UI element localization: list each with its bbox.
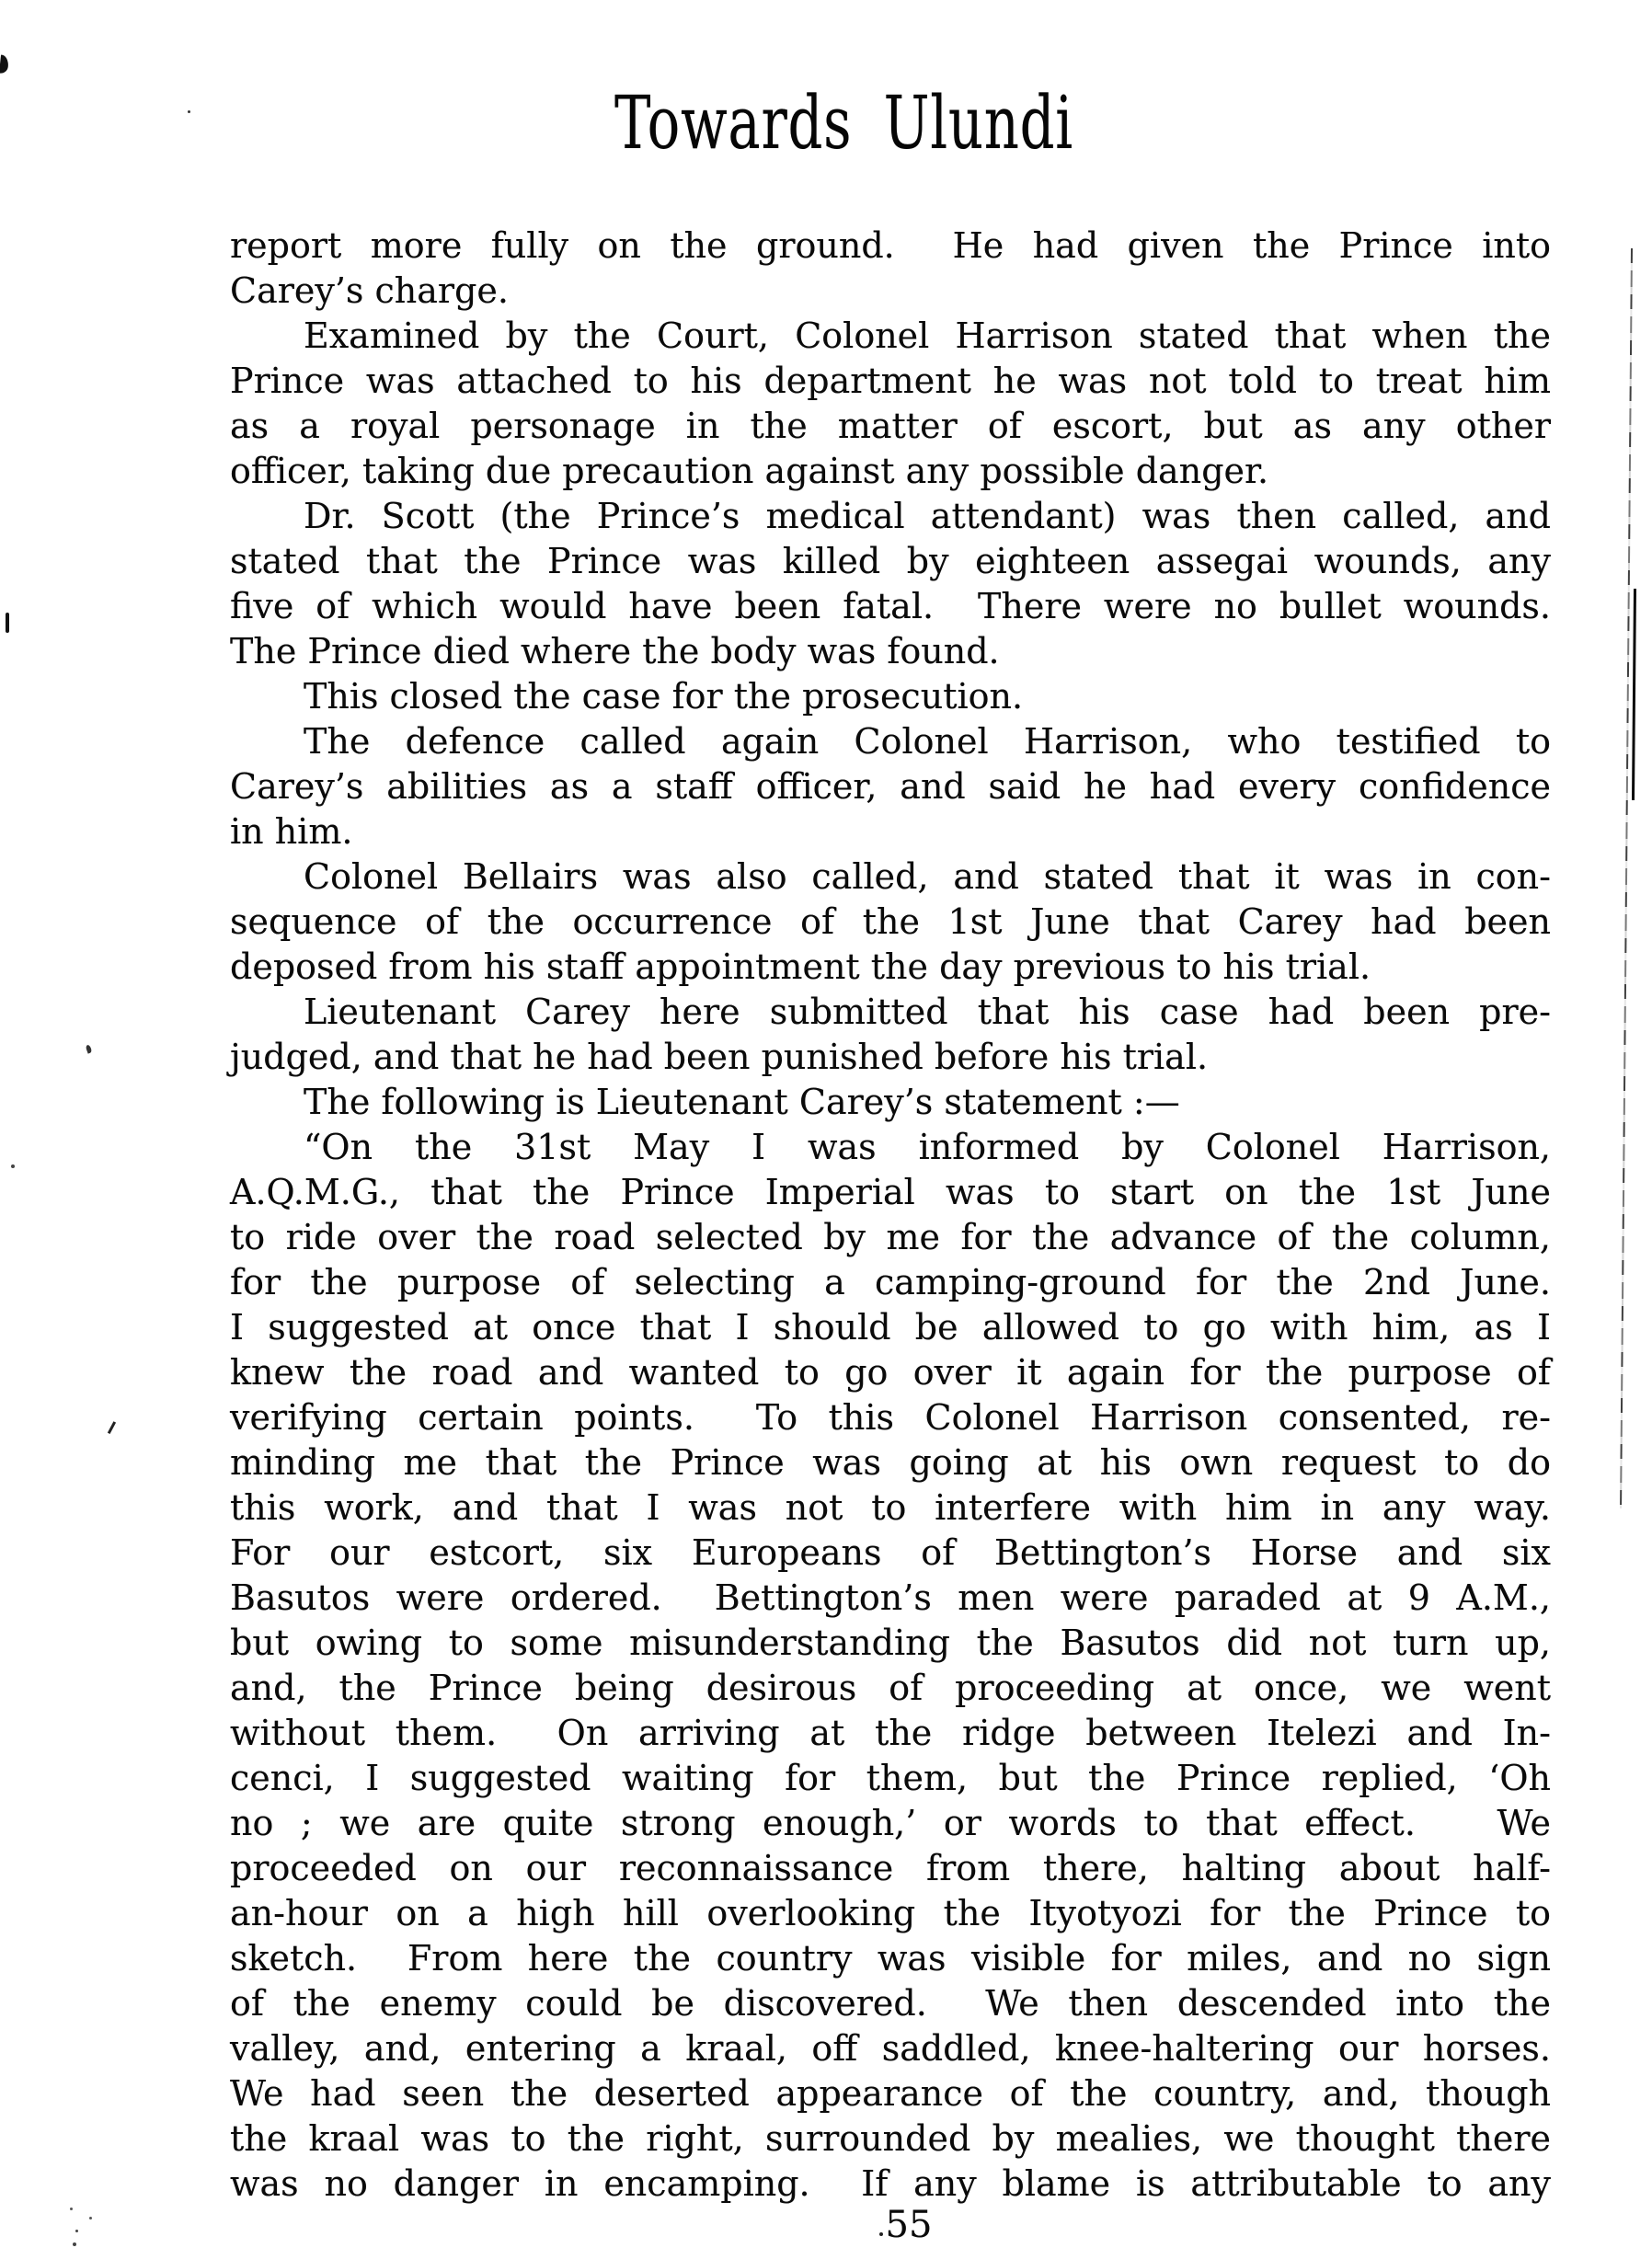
page-lines: report more fully on the ground. He had …	[230, 224, 1551, 2207]
text-line: The following is Lieutenant Carey’s stat…	[230, 1080, 1551, 1125]
scan-artifact-stroke	[108, 1421, 116, 1434]
text-line: stated that the Prince was killed by eig…	[230, 539, 1551, 584]
text-line: an-hour on a high hill overlooking the I…	[230, 1891, 1551, 1936]
text-line: This closed the case for the prosecution…	[230, 674, 1551, 719]
scan-artifact-dot	[73, 2242, 76, 2246]
text-line: I suggested at once that I should be all…	[230, 1305, 1551, 1350]
text-line: “On the 31st May I was informed by Colon…	[230, 1125, 1551, 1170]
text-line: to ride over the road selected by me for…	[230, 1215, 1551, 1260]
text-line: minding me that the Prince was going at …	[230, 1440, 1551, 1485]
text-line: proceeded on our reconnaissance from the…	[230, 1846, 1551, 1891]
page-title: Towards Ulundi	[614, 86, 1073, 160]
text-line: Basutos were ordered. Bettington’s men w…	[230, 1576, 1551, 1621]
text-line: Carey’s charge.	[230, 269, 1551, 314]
text-line: for the purpose of selecting a camping-g…	[230, 1260, 1551, 1305]
scan-artifact-dot	[89, 2217, 92, 2219]
text-line: verifying certain points. To this Colone…	[230, 1395, 1551, 1440]
scan-artifact-vertical-line	[1620, 248, 1633, 1508]
text-line: cenci, I suggested waiting for them, but…	[230, 1756, 1551, 1801]
text-line: Examined by the Court, Colonel Harrison …	[230, 314, 1551, 359]
text-line: five of which would have been fatal. The…	[230, 584, 1551, 629]
text-line: as a royal personage in the matter of es…	[230, 404, 1551, 449]
text-line: knew the road and wanted to go over it a…	[230, 1350, 1551, 1395]
text-line: Dr. Scott (the Prince’s medical attendan…	[230, 494, 1551, 539]
text-line: this work, and that I was not to interfe…	[230, 1485, 1551, 1531]
scan-artifact-dot	[11, 1164, 15, 1168]
text-line: in him.	[230, 809, 1551, 854]
text-line: The Prince died where the body was found…	[230, 629, 1551, 674]
scan-artifact-vertical-line-dark	[1632, 589, 1636, 800]
scan-artifact-dot	[75, 2230, 78, 2232]
text-line: Prince was attached to his department he…	[230, 359, 1551, 404]
text-line: For our estcort, six Europeans of Bettin…	[230, 1531, 1551, 1576]
scan-artifact-tick	[6, 613, 9, 633]
text-line: A.Q.M.G., that the Prince Imperial was t…	[230, 1170, 1551, 1215]
text-line: We had seen the deserted appearance of t…	[230, 2071, 1551, 2116]
text-line: Carey’s abilities as a staff officer, an…	[230, 764, 1551, 809]
text-line: was no danger in encamping. If any blame…	[230, 2162, 1551, 2207]
text-line: sketch. From here the country was visibl…	[230, 1936, 1551, 1981]
scan-artifact-dot	[70, 2208, 73, 2210]
text-line: officer, taking due precaution against a…	[230, 449, 1551, 494]
text-line: but owing to some misunderstanding the B…	[230, 1621, 1551, 1666]
text-line: The defence called again Colonel Harriso…	[230, 719, 1551, 764]
text-line: no ; we are quite strong enough,’ or wor…	[230, 1801, 1551, 1846]
page-number: 55	[863, 2204, 955, 2246]
text-line: deposed from his staff appointment the d…	[230, 945, 1551, 990]
text-line: judged, and that he had been punished be…	[230, 1035, 1551, 1080]
text-line: Colonel Bellairs was also called, and st…	[230, 854, 1551, 900]
scanned-book-page: { "page": { "title": "Towards Ulundi", "…	[0, 0, 1652, 2248]
scan-artifact-dot	[879, 2232, 883, 2236]
text-line: report more fully on the ground. He had …	[230, 224, 1551, 269]
text-line: the kraal was to the right, surrounded b…	[230, 2116, 1551, 2162]
text-line: of the enemy could be discovered. We the…	[230, 1981, 1551, 2026]
text-line: without them. On arriving at the ridge b…	[230, 1711, 1551, 1756]
scan-artifact-corner-blob	[0, 55, 9, 75]
scan-artifact-speck	[86, 1044, 93, 1053]
text-line: valley, and, entering a kraal, off saddl…	[230, 2026, 1551, 2071]
text-line: Lieutenant Carey here submitted that his…	[230, 990, 1551, 1035]
text-line: sequence of the occurrence of the 1st Ju…	[230, 900, 1551, 945]
scan-artifact-dot	[188, 110, 190, 113]
text-line: and, the Prince being desirous of procee…	[230, 1666, 1551, 1711]
